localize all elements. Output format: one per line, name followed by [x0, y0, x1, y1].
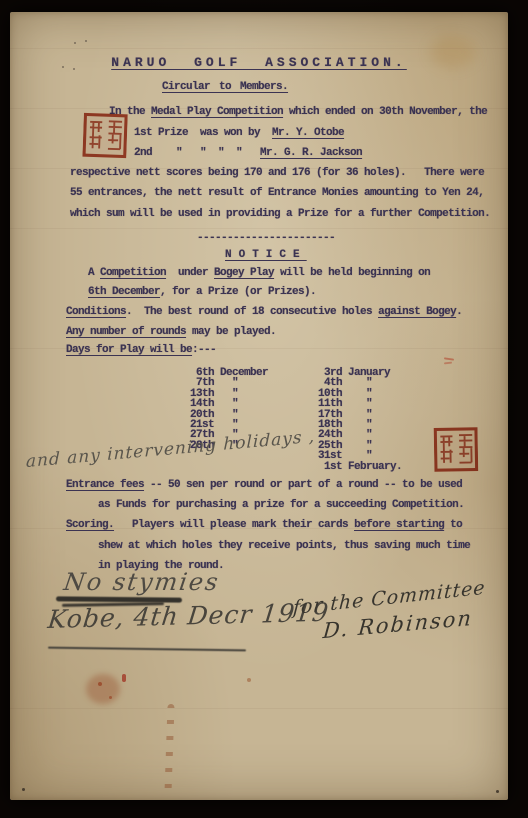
underlined-run: Mr. Y. Otobe [272, 127, 344, 139]
notice-heading: NOTICE [225, 248, 307, 262]
paper-speck [62, 66, 64, 68]
paper-speck [73, 68, 75, 70]
entrance-fees-line1: Entrance fees -- 50 sen per round or par… [66, 478, 462, 492]
underlined-run: against Bogey [378, 306, 456, 318]
rust-speck [247, 678, 251, 682]
text-run: will be held beginning on [274, 267, 430, 279]
dateline-underline [48, 647, 246, 652]
conditions-line1: Conditions. The best round of 18 consecu… [66, 305, 462, 319]
underlined-run: before starting [354, 519, 444, 531]
notice-para-line2: 6th December, for a Prize (or Prizes). [88, 285, 316, 299]
underlined-run: Bogey Play [214, 267, 274, 279]
paper-crease [10, 228, 508, 229]
text-run: 2nd " " " " [134, 147, 260, 159]
text-run: A [88, 267, 100, 279]
medal-para-line4: respective nett scores being 170 and 176… [70, 166, 484, 180]
handwritten-dateline: Kobe, 4th Decr 1919 [46, 598, 330, 634]
circular-subtitle: Circular to Members. [162, 80, 288, 94]
text-run: under [166, 267, 214, 279]
text-run: -- 50 sen per round or part of a round -… [144, 479, 462, 491]
days-for-play-line: Days for Play will be:--- [66, 343, 216, 357]
paper-speck [22, 788, 25, 791]
rust-drip-streak [164, 704, 174, 794]
text-run: to [444, 519, 462, 531]
medal-para-line1: In the Medal Play Competition which ende… [109, 105, 487, 119]
paper-speck [74, 42, 76, 44]
medal-para-line2: 1st Prize was won by Mr. Y. Otobe [134, 126, 344, 140]
notice-para-line1: A Competition under Bogey Play will be h… [88, 266, 430, 280]
rust-speck [98, 682, 102, 686]
underlined-run: Mr. G. R. Jackson [260, 147, 362, 159]
medal-para-line5: 55 entrances, the nett result of Entranc… [70, 186, 484, 200]
underlined-run: Entrance fees [66, 479, 144, 491]
play-days-right-column: 3rd January 4th " 10th " 11th " 17th " 1… [318, 368, 402, 472]
paper-speck [496, 790, 499, 793]
handwritten-no-stymies: No stymies [62, 568, 221, 596]
red-seal-stamp-icon [82, 112, 128, 164]
scoring-line2: shew at which holes they receive points,… [98, 539, 470, 553]
text-run: :--- [192, 344, 216, 356]
underlined-run: Conditions [66, 306, 126, 318]
medal-para-line6: which sum will be used in providing a Pr… [70, 207, 490, 221]
underlined-run: Scoring. [66, 519, 114, 531]
rust-stain-cluster [86, 674, 120, 704]
rust-speck [109, 696, 112, 699]
document-paper: NARUO GOLF ASSOCIATION. Circular to Memb… [10, 12, 508, 800]
text-run: . [456, 306, 462, 318]
entrance-fees-line2: as Funds for purchasing a prize for a su… [98, 498, 464, 512]
handwritten-holidays-note: and any intervening holidays , [26, 427, 316, 472]
text-run: Players will please mark their cards [114, 519, 354, 531]
red-seal-stamp-icon [434, 426, 479, 479]
paper-crease [10, 708, 508, 709]
typed-divider: ----------------------- [197, 231, 335, 245]
underlined-run: Days for Play will be [66, 344, 192, 356]
underlined-run: Any number of rounds [66, 326, 186, 338]
age-stain [430, 36, 476, 68]
underlined-run: Medal Play Competition [151, 106, 283, 118]
red-speck [122, 674, 126, 682]
text-run: may be played. [186, 326, 276, 338]
photograph-of-document: { "colors":{ "background":"#0a0604", "pa… [0, 0, 528, 818]
conditions-line2: Any number of rounds may be played. [66, 325, 276, 339]
text-run: , for a Prize (or Prizes). [160, 286, 316, 298]
paper-speck [85, 40, 87, 42]
red-pencil-mark [444, 362, 452, 365]
text-run: which ended on 30th November, the [283, 106, 487, 118]
scoring-line1: Scoring. Players will please mark their … [66, 518, 462, 532]
medal-para-line3: 2nd " " " " Mr. G. R. Jackson [134, 146, 362, 160]
text-run: 1st Prize was won by [134, 127, 272, 139]
text-run: . The best round of 18 consecutive holes [126, 306, 378, 318]
underlined-run: Competition [100, 267, 166, 279]
red-pencil-mark [444, 357, 454, 360]
underlined-run: 6th December [88, 286, 160, 298]
